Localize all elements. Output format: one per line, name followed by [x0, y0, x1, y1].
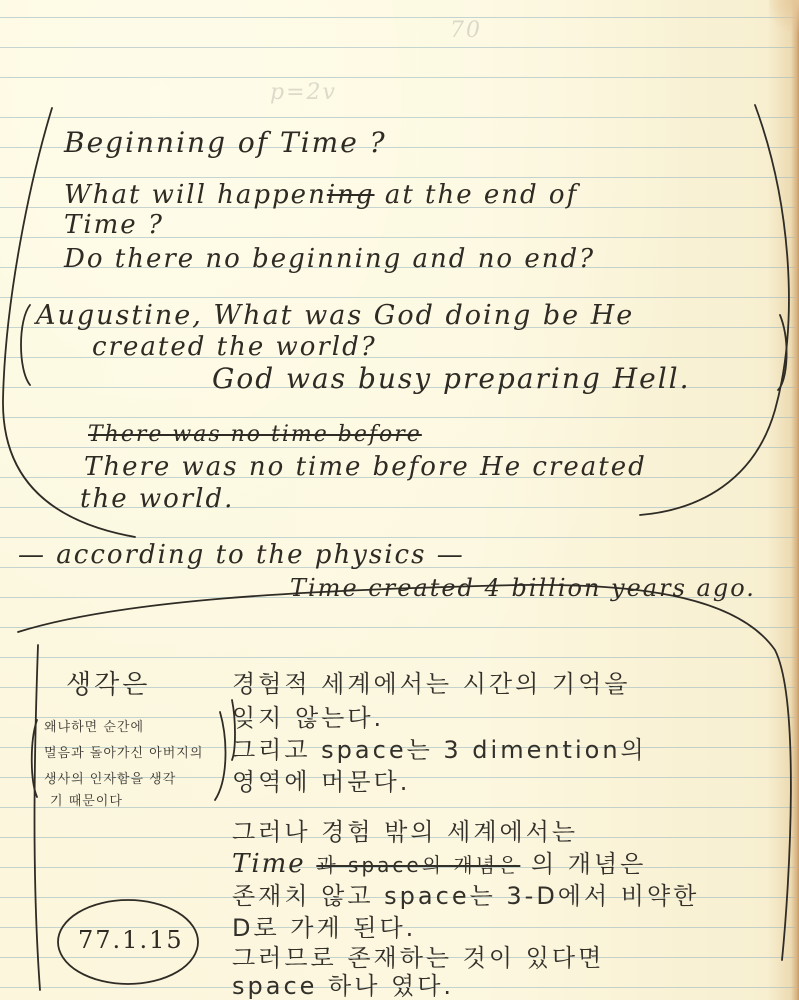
line-according-physics: — according to the physics — [18, 540, 465, 570]
line-created-world: created the world? [92, 332, 377, 362]
korean-line-4: 영역에 머문다. [232, 762, 410, 797]
korean-line-7: 존재치 않고 space는 3-D에서 비약한 [232, 876, 699, 911]
side-note-line-1: 왜냐하면 순간에 [44, 716, 144, 735]
struck-ing: ing [327, 180, 375, 210]
korean-line-10: space 하나 였다. [232, 966, 454, 1000]
line-no-beginning: Do there no beginning and no end? [64, 244, 595, 274]
side-note-line-3: 생사의 인자함을 생각 [44, 768, 176, 787]
happen-suffix: at the end of [385, 180, 578, 210]
side-note-line-4: 기 때문이다 [50, 790, 123, 809]
korean-line-6: Time 과 space의 개념은 의 개념은 [232, 844, 646, 879]
korean-line-2: 잊지 않는다. [232, 698, 384, 733]
date-circled: 77.1.15 [78, 926, 184, 954]
line-no-time-before: There was no time before He created [84, 452, 647, 482]
line-beginning-of-time: Beginning of Time ? [64, 126, 387, 159]
line-god-busy: God was busy preparing Hell. [212, 362, 691, 395]
struck-korean-phrase: 과 space의 개념은 [316, 853, 520, 877]
line-augustine: Augustine, What was God doing be He [36, 300, 634, 331]
korean-line-5: 그러나 경험 밖의 세계에서는 [232, 812, 578, 847]
korean-concept-word: 의 개념은 [531, 850, 646, 878]
struck-line: There was no time before [88, 422, 422, 447]
korean-line-1: 경험적 세계에서는 시간의 기억을 [232, 664, 630, 699]
korean-line-3: 그리고 space는 3 dimention의 [232, 730, 647, 765]
happen-prefix: What will happen [64, 180, 327, 210]
korean-heading: 생각은 [66, 664, 150, 701]
line-the-world: the world. [80, 484, 234, 514]
line-what-will-happen: What will happening at the end of [64, 180, 578, 210]
side-note-line-2: 멀음과 돌아가신 아버지의 [44, 742, 203, 761]
time-word: Time [232, 849, 306, 879]
line-time-created: Time created 4 billion years ago. [290, 574, 756, 602]
line-time-question: Time ? [64, 210, 164, 240]
